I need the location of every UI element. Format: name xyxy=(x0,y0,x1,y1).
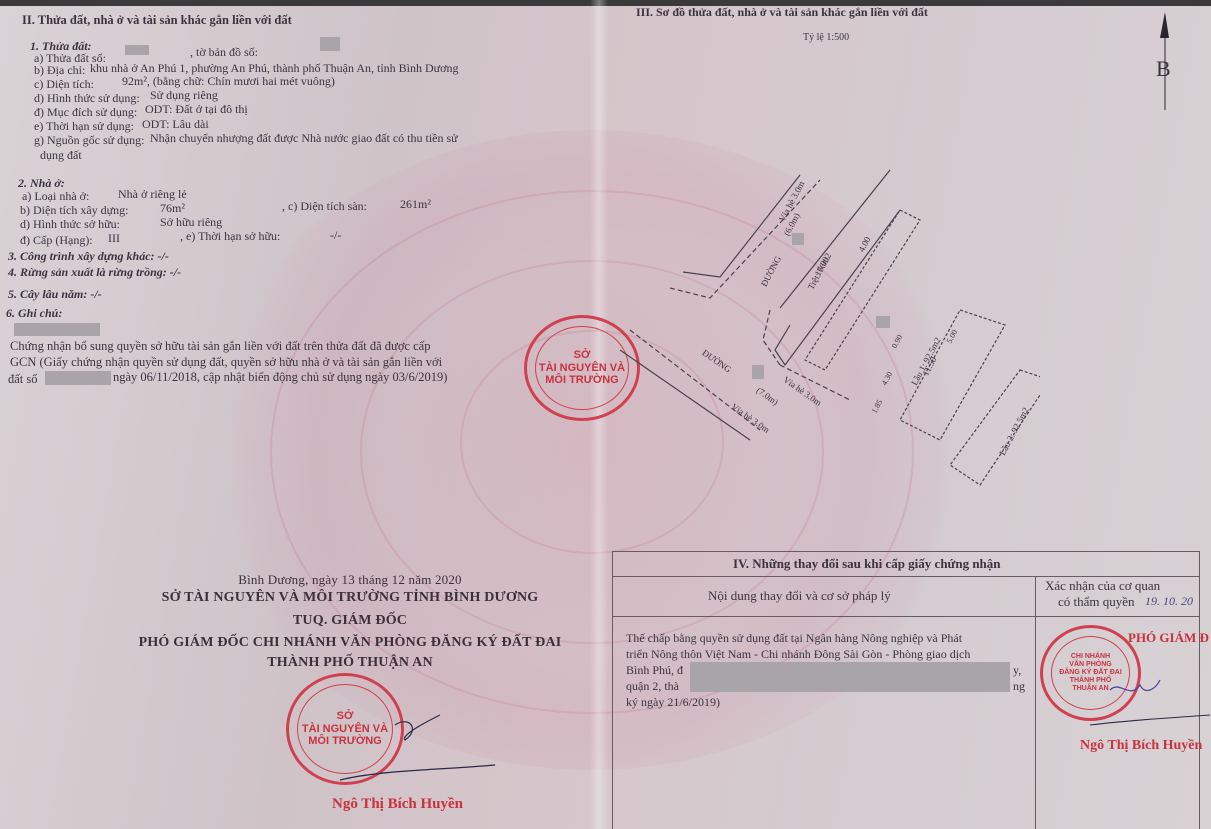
other-construction: 3. Công trình xây dựng khác: -/- xyxy=(8,250,169,263)
col-confirm-header-1: Xác nhận của cơ quan xyxy=(1045,579,1160,592)
notes-line3-prefix: đất số xyxy=(8,373,38,386)
scale-label: Tỷ lệ 1:500 xyxy=(803,31,849,44)
redacted-road-name xyxy=(792,233,804,245)
entry-line1: Thế chấp bằng quyền sử dụng đất tại Ngân… xyxy=(626,632,962,645)
entry-line3-suffix: y, xyxy=(1013,664,1021,677)
perennial-trees: 5. Cây lâu năm: -/- xyxy=(8,288,102,301)
land-use-form-value: Sử dụng riêng xyxy=(150,89,218,102)
section2-title: II. Thửa đất, nhà ở và tài sản khác gắn … xyxy=(22,14,292,27)
entry-line5: ký ngày 21/6/2019) xyxy=(626,696,720,709)
land-area-value: 92m², (bằng chữ: Chín mươi hai mét vuông… xyxy=(122,75,335,88)
redacted-parcel-number xyxy=(125,45,149,55)
notes-line1: Chứng nhận bổ sung quyền sở hữu tài sản … xyxy=(10,340,430,353)
north-label: B xyxy=(1156,58,1171,80)
stamp-text: MÔI TRƯỜNG xyxy=(308,735,382,748)
stamp-text: ĐĂNG KÝ ĐẤT ĐAI xyxy=(1059,669,1122,677)
stamp-text: CHI NHÁNH xyxy=(1071,653,1110,661)
table-divider xyxy=(1035,576,1036,829)
house-floor-area-label: , c) Diện tích sàn: xyxy=(282,200,367,213)
stamp-text: TÀI NGUYÊN VÀ xyxy=(539,362,625,375)
land-origin-value-cont: dụng đất xyxy=(40,149,82,162)
land-map-label: , tờ bản đồ số: xyxy=(190,46,258,59)
place-date: Bình Dương, ngày 13 tháng 12 năm 2020 xyxy=(150,572,550,588)
land-term-value: ODT: Lâu dài xyxy=(142,118,209,131)
land-purpose-value: ODT: Đất ở tại đô thị xyxy=(145,103,248,116)
entry-line3-prefix: Bình Phú, đ xyxy=(626,664,683,677)
house-term-value: -/- xyxy=(330,229,341,242)
house-grade-label: đ) Cấp (Hạng): xyxy=(20,234,93,247)
section4-title: IV. Những thay đổi sau khi cấp giấy chứn… xyxy=(733,557,1001,570)
land-address-label: b) Địa chỉ: xyxy=(34,64,85,77)
on-behalf: TUQ. GIÁM ĐỐC xyxy=(150,613,550,629)
stamp-text: SỞ xyxy=(337,710,354,723)
house-type-label: a) Loại nhà ở: xyxy=(22,190,89,203)
land-origin-value: Nhận chuyển nhượng đất được Nhà nước gia… xyxy=(150,132,458,145)
house-ownership-value: Sở hữu riêng xyxy=(160,216,222,229)
production-forest: 4. Rừng sản xuất là rừng trồng: -/- xyxy=(8,266,181,279)
redacted-road-name-2 xyxy=(752,365,764,379)
col-content-header: Nội dung thay đổi và cơ sở pháp lý xyxy=(708,589,891,602)
house-ownership-label: d) Hình thức sở hữu: xyxy=(20,218,120,231)
site-plan-diagram xyxy=(600,140,1040,510)
left-signer-name: Ngô Thị Bích Huyền xyxy=(332,796,463,813)
house-build-area-label: b) Diện tích xây dựng: xyxy=(20,204,128,217)
house-type-value: Nhà ở riêng lẻ xyxy=(118,188,187,201)
entry-line4-suffix: ng xyxy=(1013,680,1025,693)
redacted-certificate-number xyxy=(45,371,111,385)
land-origin-label: g) Nguồn gốc sử dụng: xyxy=(34,134,145,147)
right-stamp-position: PHÓ GIÁM Đ xyxy=(1128,630,1209,646)
right-signer-name: Ngô Thị Bích Huyền xyxy=(1080,738,1202,754)
changes-table-title-row: IV. Những thay đổi sau khi cấp giấy chứn… xyxy=(613,552,1199,577)
confirm-date-handwritten: 19. 10. 20 xyxy=(1145,595,1193,608)
house-grade-value: III xyxy=(108,232,120,245)
stamp-text: VĂN PHÒNG xyxy=(1069,661,1111,669)
stamp-text: MÔI TRƯỜNG xyxy=(545,374,619,387)
issuing-org: SỞ TÀI NGUYÊN VÀ MÔI TRƯỜNG TỈNH BÌNH DƯ… xyxy=(90,590,610,606)
land-term-label: e) Thời hạn sử dụng: xyxy=(34,120,134,133)
entry-line4-prefix: quận 2, thà xyxy=(626,680,679,693)
signer-position: PHÓ GIÁM ĐỐC CHI NHÁNH VĂN PHÒNG ĐĂNG KÝ… xyxy=(80,635,620,651)
entry-line2: triển Nông thôn Việt Nam - Chi nhánh Đôn… xyxy=(626,648,970,661)
signer-position-2: THÀNH PHỐ THUẬN AN xyxy=(150,655,550,671)
section3-title: III. Sơ đồ thửa đất, nhà ở và tài sản kh… xyxy=(636,6,928,19)
house-build-area-value: 76m² xyxy=(160,202,185,215)
redacted-plan-marker xyxy=(876,316,890,328)
stamp-text: SỞ xyxy=(574,349,591,362)
land-area-label: c) Diện tích: xyxy=(34,78,94,91)
redacted-note xyxy=(14,323,100,336)
stamp-text: THUẬN AN xyxy=(1072,685,1108,693)
changes-table-header-row: Nội dung thay đổi và cơ sở pháp lý Xác n… xyxy=(613,576,1199,617)
stamp-text: TÀI NGUYÊN VÀ xyxy=(302,723,388,736)
notes-heading: 6. Ghi chú: xyxy=(6,307,62,320)
notes-line3-suffix: ngày 06/11/2018, cập nhật biến động chủ … xyxy=(113,371,447,384)
redacted-entry-details xyxy=(690,662,1010,692)
stamp-text: THÀNH PHỐ xyxy=(1070,677,1112,685)
house-term-label: , e) Thời hạn sở hữu: xyxy=(180,230,280,243)
land-purpose-label: đ) Mục đích sử dụng: xyxy=(34,106,137,119)
notes-line2: GCN (Giấy chứng nhận quyền sử dụng đất, … xyxy=(10,356,442,369)
redacted-map-number xyxy=(320,37,340,51)
land-use-form-label: d) Hình thức sử dụng: xyxy=(34,92,140,105)
house-floor-area-value: 261m² xyxy=(400,198,431,211)
col-confirm-header-2: có thẩm quyền xyxy=(1058,595,1135,608)
